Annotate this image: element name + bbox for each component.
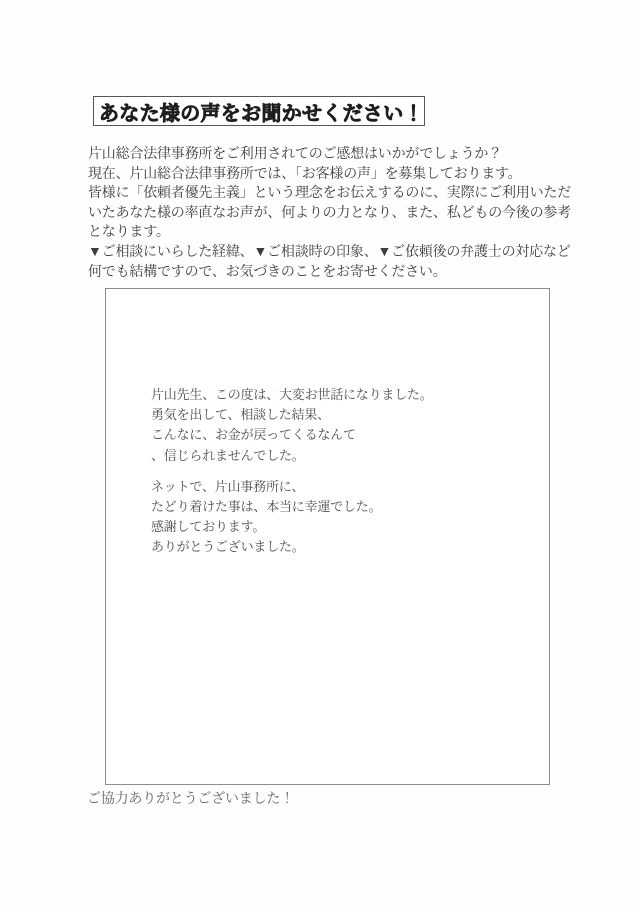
intro-line-2: 現在、片山総合法律事務所では、「お客様の声」を募集しております。 [88, 164, 568, 184]
testimonial-text: 片山先生、この度は、大変お世話になりました。 勇気を出して、相談した結果、 こん… [151, 385, 433, 558]
testimonial-paragraph-2: ネットで、片山事務所に、 たどり着けた事は、本当に幸運でした。 感謝しております… [151, 477, 433, 558]
title-frame: あなた様の声をお聞かせください！ [93, 96, 425, 126]
page-title: あなた様の声をお聞かせください！ [99, 97, 424, 126]
closing-thanks-text: ご協力ありがとうございました！ [87, 788, 294, 808]
testimonial-line: 、信じられませんでした。 [151, 446, 433, 466]
testimonial-line: ネットで、片山事務所に、 [151, 477, 433, 497]
intro-line-7: 何でも結構ですので、お気づきのことをお寄せください。 [88, 262, 568, 282]
customer-response-box: 片山先生、この度は、大変お世話になりました。 勇気を出して、相談した結果、 こん… [105, 288, 550, 785]
testimonial-line: ありがとうございました。 [151, 537, 433, 557]
intro-line-1: 片山総合法律事務所をご利用されてのご感想はいかがでしょうか？ [88, 144, 568, 164]
testimonial-line: 片山先生、この度は、大変お世話になりました。 [151, 385, 433, 405]
testimonial-line: 感謝しております。 [151, 517, 433, 537]
testimonial-line: こんなに、お金が戻ってくるなんて [151, 425, 433, 445]
testimonial-line: 勇気を出して、相談した結果、 [151, 405, 433, 425]
testimonial-paragraph-1: 片山先生、この度は、大変お世話になりました。 勇気を出して、相談した結果、 こん… [151, 385, 433, 466]
intro-line-3: 皆様に「依頼者優先主義」という理念をお伝えするのに、実際にご利用いただ [88, 183, 568, 203]
intro-line-5: となります。 [88, 222, 568, 242]
scanned-feedback-document: あなた様の声をお聞かせください！ 片山総合法律事務所をご利用されてのご感想はいか… [0, 0, 640, 905]
testimonial-line: たどり着けた事は、本当に幸運でした。 [151, 497, 433, 517]
intro-line-6: ▼ご相談にいらした経緯、▼ご相談時の印象、▼ご依頼後の弁護士の対応など [88, 242, 568, 262]
intro-line-4: いたあなた様の率直なお声が、何よりの力となり、また、私どもの今後の参考 [88, 203, 568, 223]
intro-text: 片山総合法律事務所をご利用されてのご感想はいかがでしょうか？ 現在、片山総合法律… [88, 144, 568, 281]
